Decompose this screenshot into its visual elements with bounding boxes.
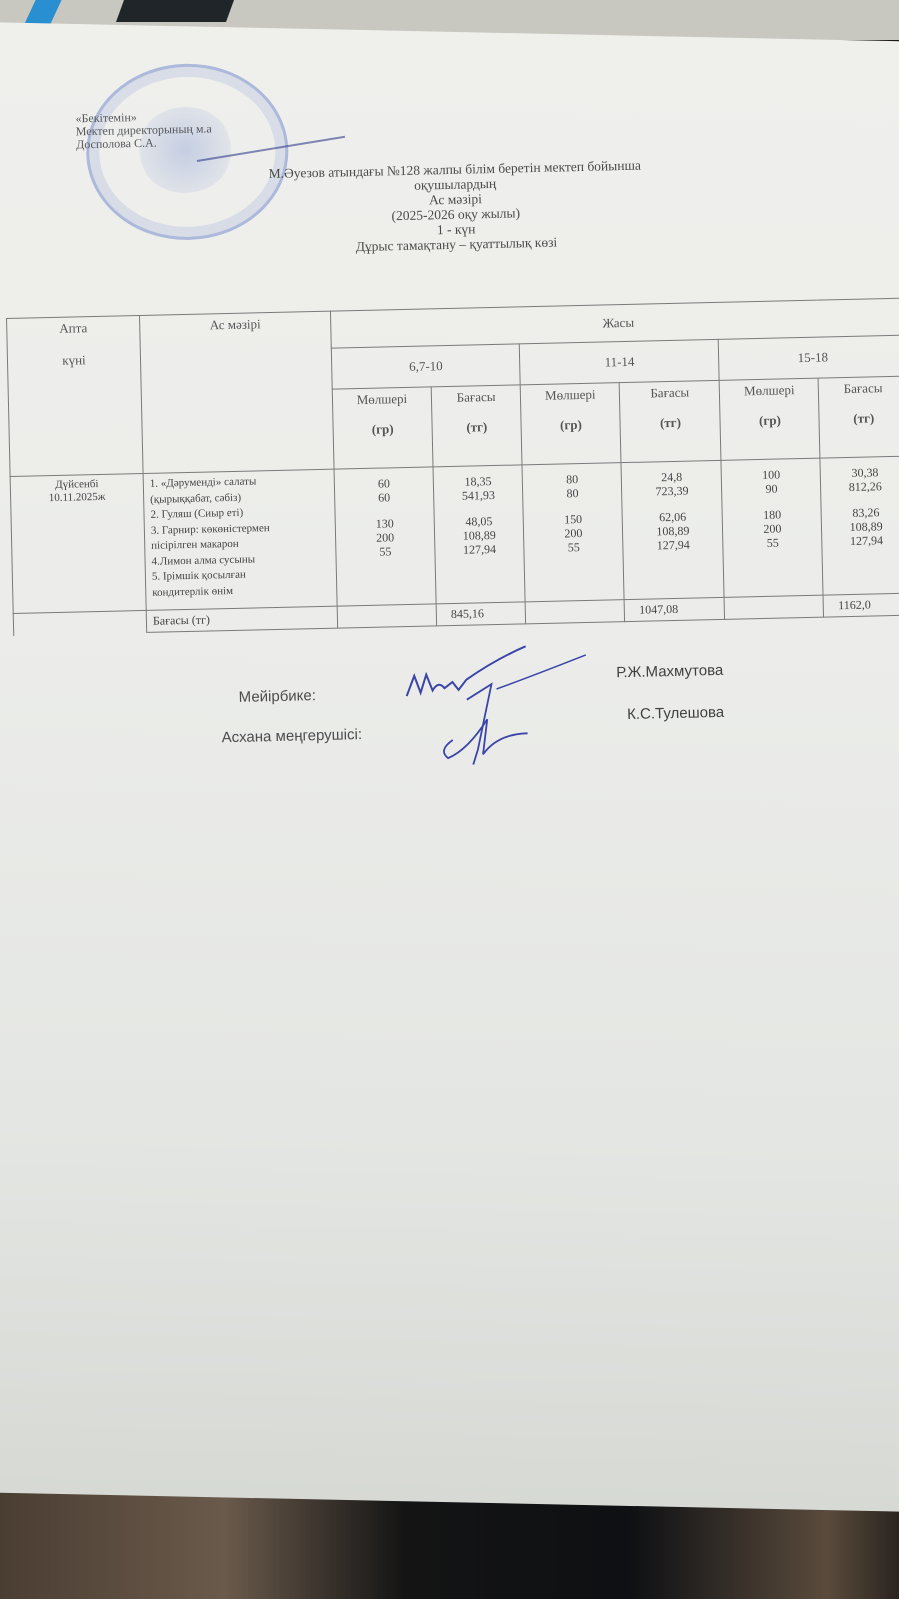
signature-name: К.С.Тулешова — [627, 704, 724, 723]
total-value: 845,16 — [436, 602, 526, 626]
header-price: Бағасы(тг) — [620, 380, 722, 462]
qty-cell: 1009018020055 — [721, 458, 823, 597]
price-cell: 24,8723,3962,06108,89127,94 — [621, 460, 724, 599]
total-value: 1162,0 — [823, 593, 899, 617]
header-age-group: 6,7-10 — [331, 344, 520, 389]
dishes-cell: 1. «Дәруменді» салаты (қырыққабат, сәбіз… — [143, 469, 337, 610]
header-price: Бағасы(тг) — [819, 376, 899, 458]
document-title: М.Әуезов атындағы №128 жалпы білім берет… — [225, 157, 687, 257]
header-age-group: 15-18 — [719, 335, 899, 380]
total-label: Бағасы (тг) — [146, 606, 337, 632]
header-price: Бағасы(тг) — [431, 385, 522, 467]
signature-role: Асхана меңгерушісі: — [221, 726, 362, 746]
day-cell: Дүйсенбі 10.11.2025ж — [10, 473, 146, 613]
signature-name: Р.Ж.Махмутова — [616, 662, 723, 681]
approval-block: «Бекітемін» Мектеп директорының м.а Досп… — [75, 109, 212, 151]
header-qty: Мөлшері(гр) — [332, 387, 433, 469]
header-qty: Мөлшері(гр) — [521, 383, 622, 465]
header-qty: Мөлшері(гр) — [720, 378, 821, 460]
header-menu: Ас мәзірі — [140, 311, 335, 473]
document: «Бекітемін» Мектеп директорының м.а Досп… — [0, 0, 899, 1470]
price-cell: 18,35541,9348,05108,89127,94 — [433, 465, 525, 604]
qty-cell: 808015020055 — [522, 463, 624, 602]
total-value: 1047,08 — [624, 597, 724, 621]
menu-table: Аптакүні Ас мәзірі Жасы 6,7-10 11-14 15-… — [6, 298, 899, 636]
table-row: Дүйсенбі 10.11.2025ж 1. «Дәруменді» сала… — [10, 456, 899, 613]
signature-role: Мейірбике: — [238, 687, 316, 706]
qty-cell: 606013020055 — [334, 467, 436, 606]
signature-scribble — [395, 637, 598, 772]
header-day: Аптакүні — [7, 316, 144, 477]
price-cell: 30,38812,2683,26108,89127,94 — [820, 456, 899, 595]
header-age-group: 11-14 — [520, 339, 720, 385]
